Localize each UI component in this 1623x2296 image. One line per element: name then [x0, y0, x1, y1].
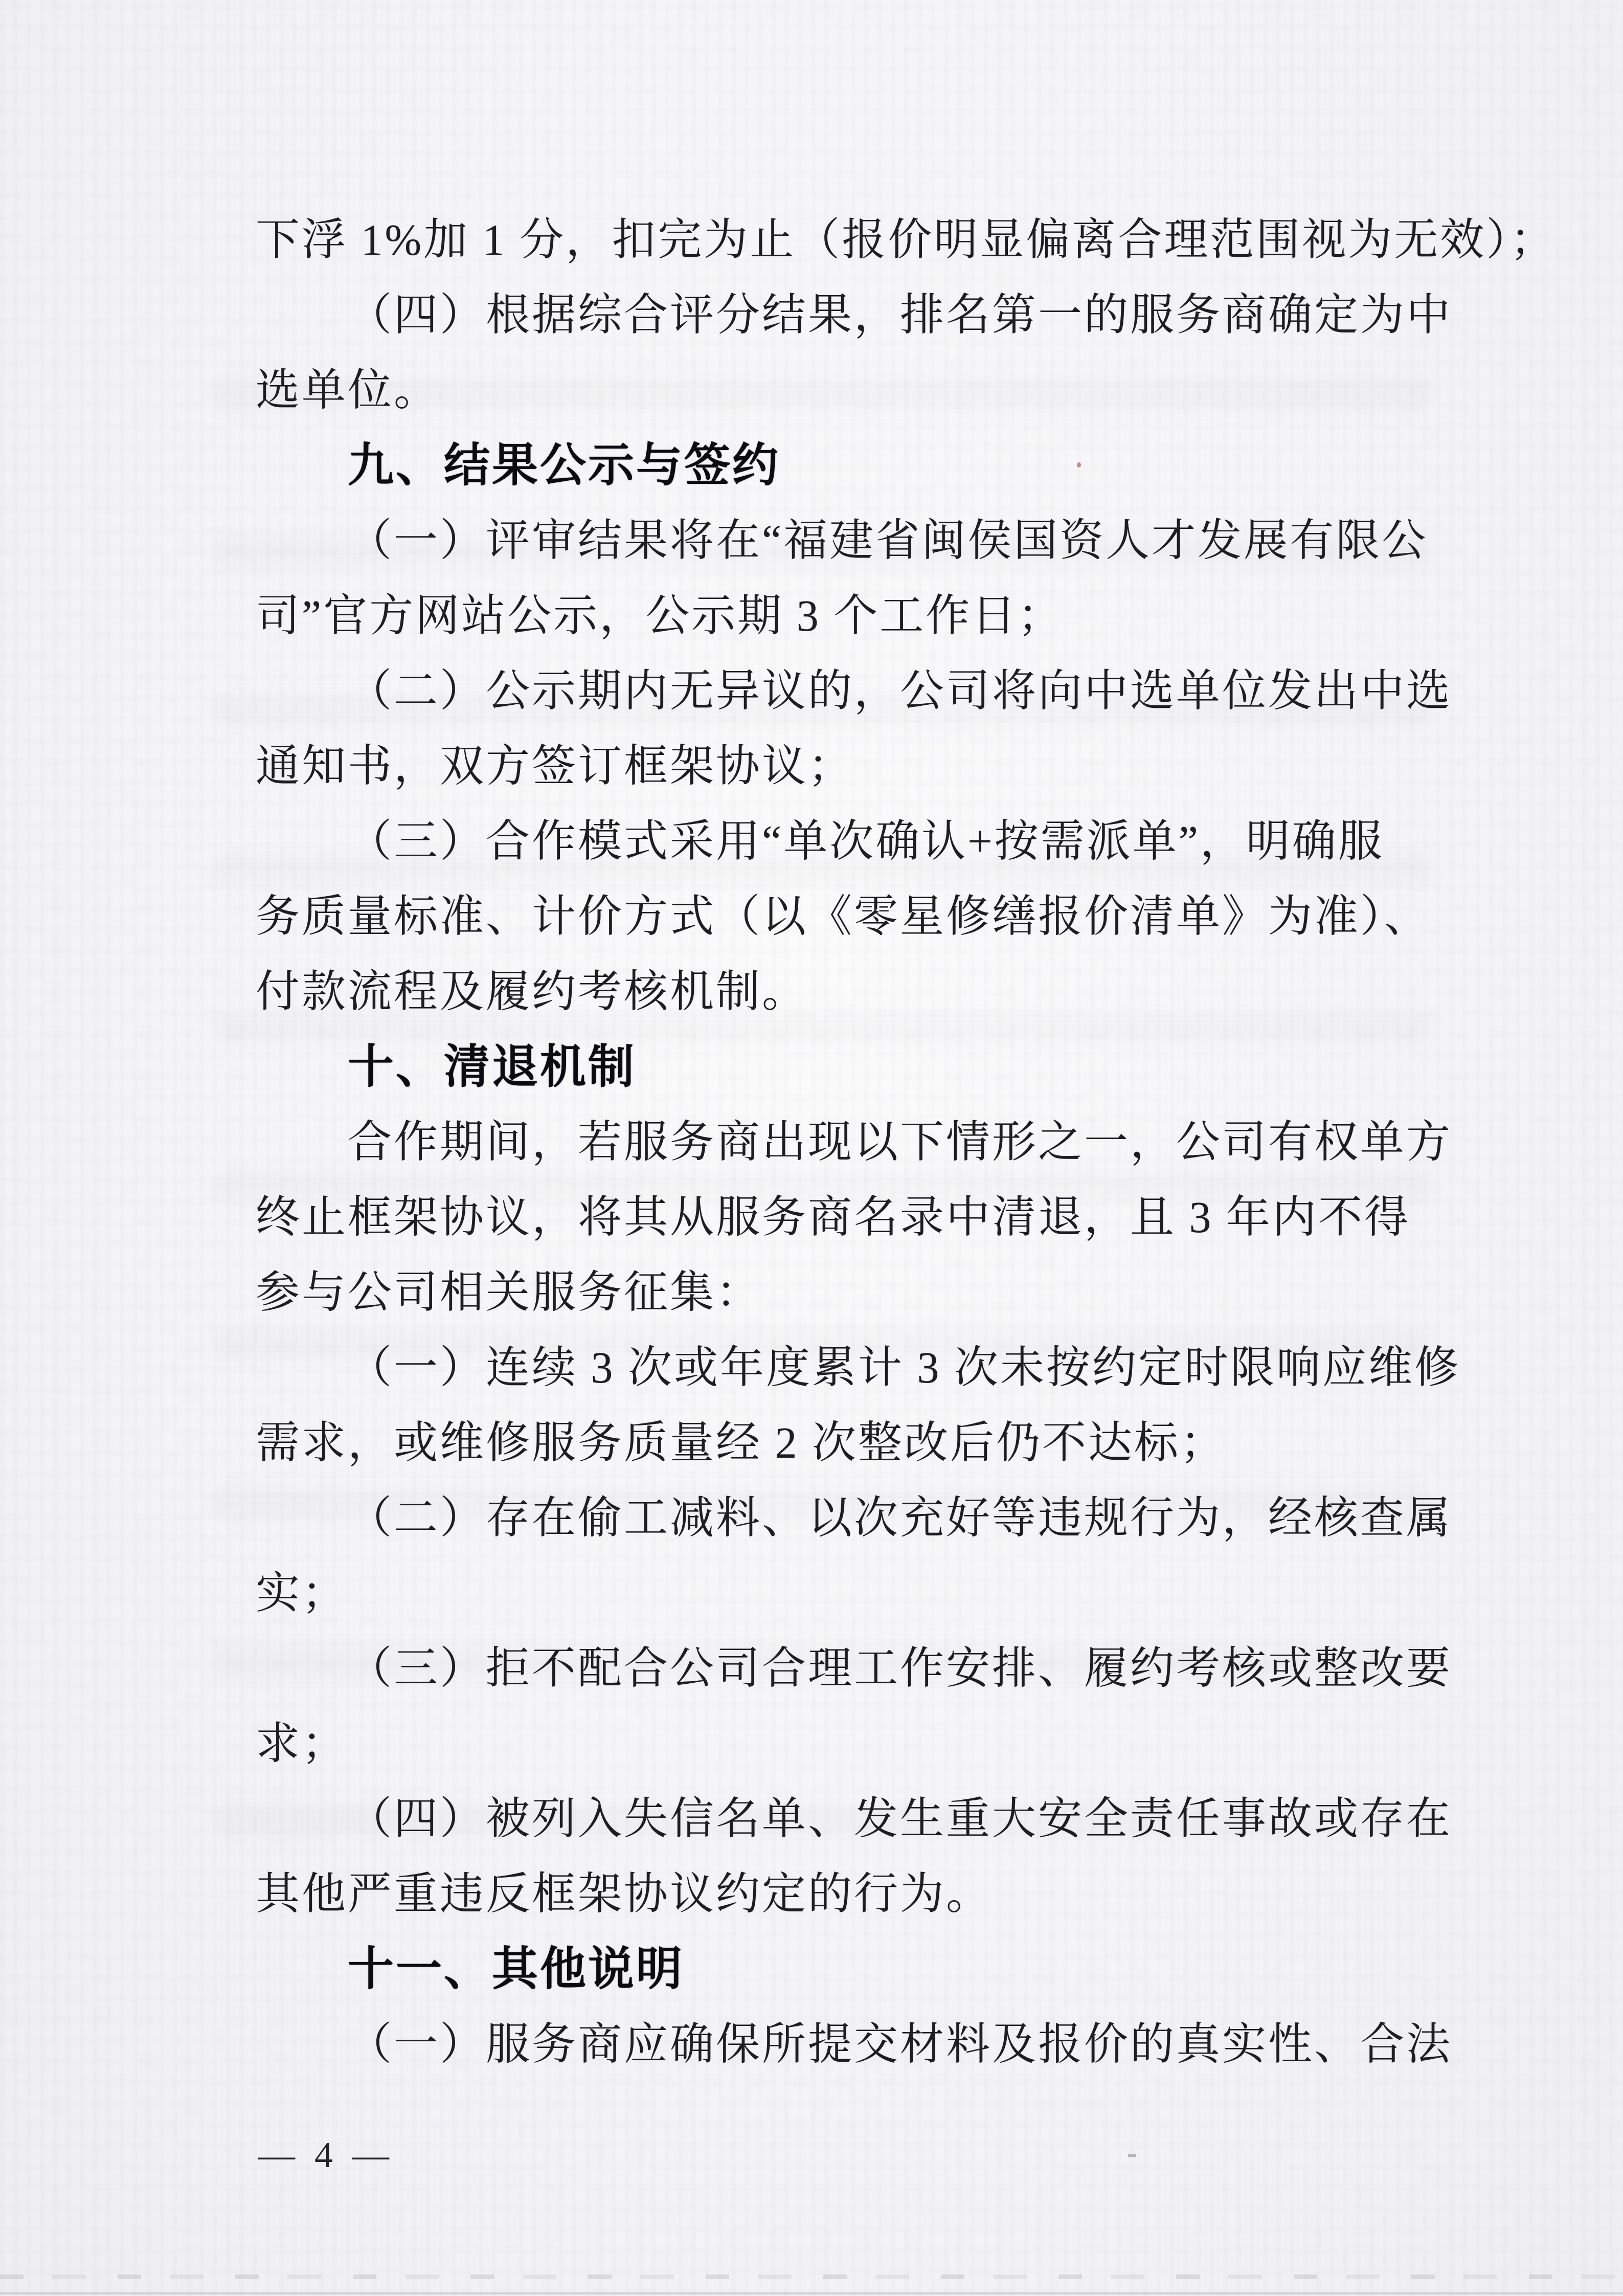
text-line: （二）公示期内无异议的，公司将向中选单位发出中选	[256, 654, 1381, 729]
text-line: 实；	[256, 1556, 1381, 1631]
text-line: 参与公司相关服务征集：	[256, 1255, 1381, 1330]
section-heading: 十、清退机制	[256, 1030, 1381, 1105]
text-line: （一）评审结果将在“福建省闽侯国资人才发展有限公	[256, 503, 1381, 578]
text-line: （四）根据综合评分结果，排名第一的服务商确定为中	[256, 278, 1381, 353]
text-line: 求；	[256, 1706, 1381, 1781]
text-line: 付款流程及履约考核机制。	[256, 954, 1381, 1030]
scan-edge-line	[0, 2292, 1623, 2294]
text-line: 通知书，双方签订框架协议；	[256, 729, 1381, 804]
scan-artifact-band	[0, 2275, 1623, 2279]
section-heading: 十一、其他说明	[256, 1932, 1381, 2007]
text-line: 合作期间，若服务商出现以下情形之一，公司有权单方	[256, 1105, 1381, 1180]
scan-speck-red	[1077, 462, 1081, 467]
text-line: （四）被列入失信名单、发生重大安全责任事故或存在	[256, 1781, 1381, 1857]
text-line: 选单位。	[256, 353, 1381, 428]
section-heading: 九、结果公示与签约	[256, 428, 1381, 503]
text-line: （一）服务商应确保所提交材料及报价的真实性、合法	[256, 2007, 1381, 2082]
text-line: （三）拒不配合公司合理工作安排、履约考核或整改要	[256, 1631, 1381, 1706]
text-line: 其他严重违反框架协议约定的行为。	[256, 1857, 1381, 1932]
text-line: 终止框架协议，将其从服务商名录中清退，且 3 年内不得	[256, 1180, 1381, 1255]
text-line: 需求，或维修服务质量经 2 次整改后仍不达标；	[256, 1406, 1381, 1481]
document-page: 下浮 1%加 1 分，扣完为止（报价明显偏离合理范围视为无效）；（四）根据综合评…	[0, 0, 1623, 2296]
text-line: 下浮 1%加 1 分，扣完为止（报价明显偏离合理范围视为无效）；	[256, 203, 1381, 278]
page-number: — 4 —	[258, 2132, 394, 2178]
scan-speck-gray	[1128, 2154, 1136, 2157]
text-line: 务质量标准、计价方式（以《零星修缮报价清单》为准）、	[256, 879, 1381, 954]
text-line: （三）合作模式采用“单次确认+按需派单”，明确服	[256, 804, 1381, 879]
text-line: 司”官方网站公示，公示期 3 个工作日；	[256, 578, 1381, 654]
document-body: 下浮 1%加 1 分，扣完为止（报价明显偏离合理范围视为无效）；（四）根据综合评…	[256, 203, 1381, 2082]
text-line: （二）存在偷工减料、以次充好等违规行为，经核查属	[256, 1481, 1381, 1556]
text-line: （一）连续 3 次或年度累计 3 次未按约定时限响应维修	[256, 1330, 1381, 1406]
